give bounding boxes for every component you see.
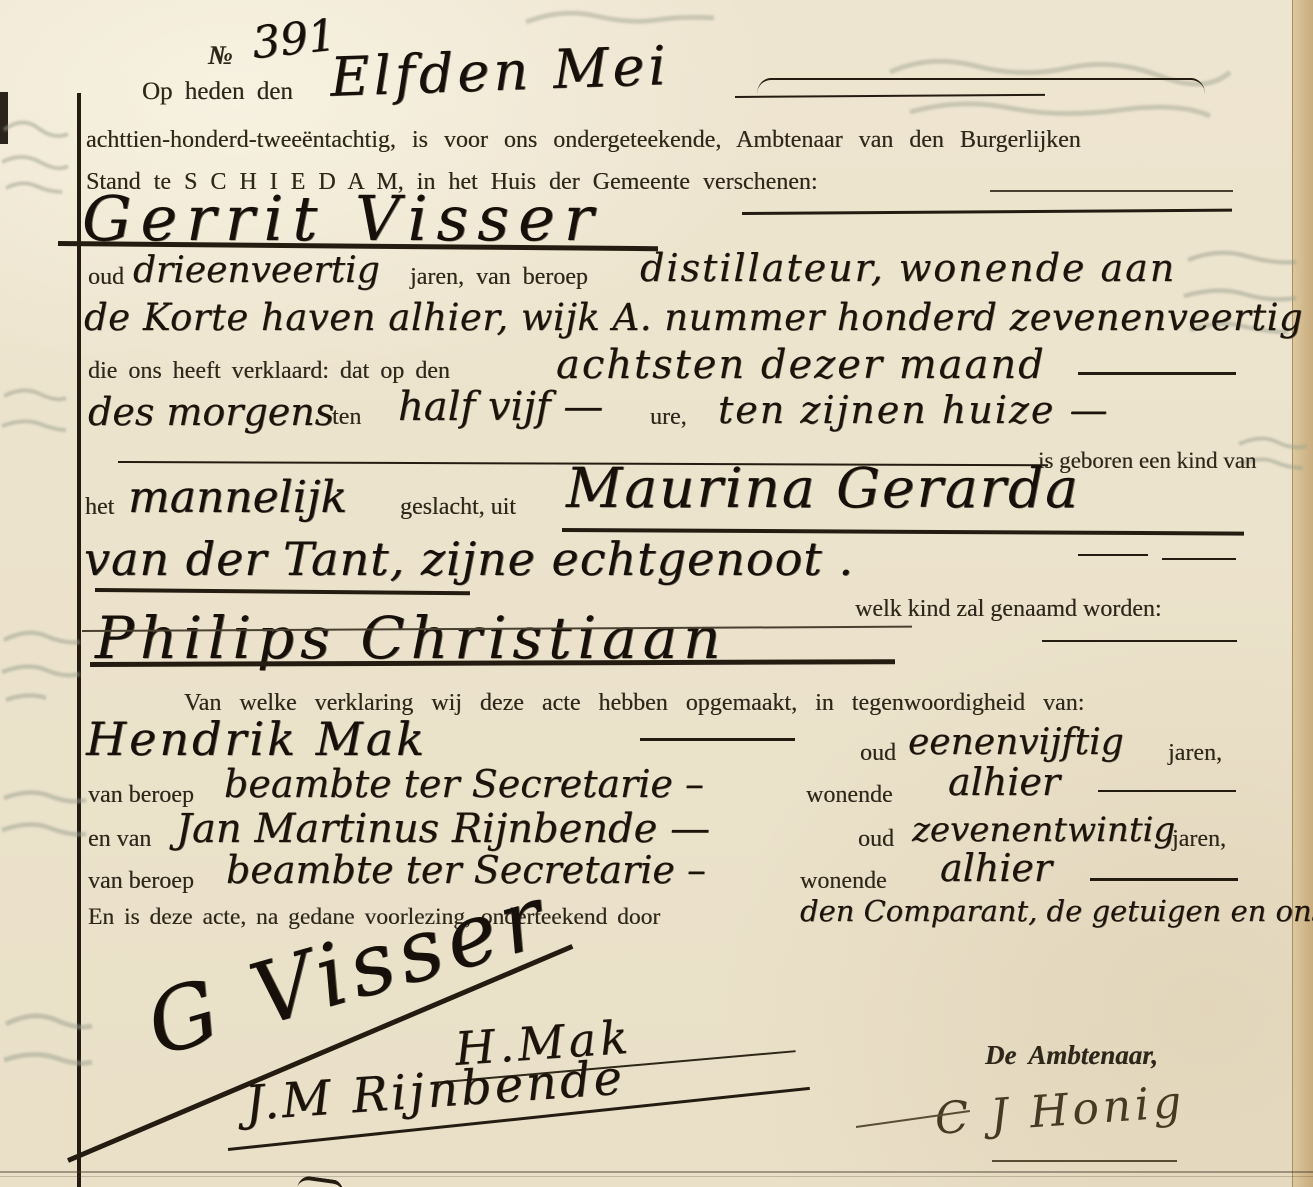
ten-label: ten: [332, 404, 361, 431]
opening-label: Op heden den: [142, 78, 293, 106]
gender: mannelijk: [128, 472, 347, 523]
declarant-dash-rule: [742, 209, 1232, 215]
geslacht-uit-label: geslacht, uit: [400, 494, 516, 521]
verklaard-label: die ons heeft verklaard: dat op den: [88, 358, 450, 385]
wonende-label: wonende: [806, 782, 893, 809]
birth-date: achtsten dezer maand: [556, 342, 1046, 388]
declarant-address: de Korte haven alhier, wijk A. nummer ho…: [84, 296, 1303, 339]
witness1-occupation: beambte ter Secretarie –: [224, 762, 704, 806]
time-of-day: des morgens: [88, 390, 334, 434]
official-title: De Ambtenaar,: [985, 1040, 1158, 1071]
bleed-through-artifact: [0, 782, 90, 857]
act-number-label: №: [208, 40, 233, 71]
mother-dash-rule: [1078, 554, 1148, 556]
witness1-residence-rule: [1098, 790, 1236, 792]
witness1-name: Hendrik Mak: [86, 712, 427, 766]
beroep2-label: van beroep: [88, 868, 194, 895]
witness1-age: eenenvijftig: [908, 722, 1124, 763]
beroep-label: van beroep: [88, 782, 194, 809]
year-line: achttien-honderd-tweeëntachtig, is voor …: [86, 127, 1081, 154]
birth-place: ten zijnen huize —: [718, 388, 1109, 432]
genaamd-label: welk kind zal genaamd worden:: [855, 596, 1162, 623]
witness1-residence: alhier: [948, 760, 1060, 804]
mother-name2-underline: [95, 588, 470, 595]
birth-certificate-scan: № 391 Op heden den Elfden Mei achttien-h…: [0, 0, 1313, 1187]
witness1-dash-rule: [640, 738, 795, 741]
date-flourish-rule: [757, 78, 1205, 95]
bleed-through-artifact: [0, 110, 72, 205]
ure-label: ure,: [650, 404, 687, 431]
birth-date-dash-rule: [1078, 372, 1236, 375]
page-edge-strip: [1292, 0, 1313, 1187]
official-signature-underline: [992, 1160, 1177, 1162]
date-handwritten: Elfden Mei: [329, 34, 671, 109]
witness1-oud-label: oud: [860, 740, 896, 767]
bleed-through-artifact: [0, 378, 70, 453]
bleed-through-artifact: [0, 1002, 95, 1087]
oud-label: oud: [88, 264, 124, 291]
en-van-label: en van: [88, 826, 151, 853]
child-name-dash-rule: [1042, 640, 1237, 642]
bleed-through-artifact: [0, 620, 85, 715]
mother-name: Maurina Gerarda: [566, 456, 1080, 520]
witness2-residence-rule: [1090, 878, 1238, 881]
closing-handwritten: den Comparant, de getuigen en ons: [800, 894, 1313, 928]
act-number-value: 391: [250, 10, 339, 69]
mother-dash-rule2: [1162, 558, 1236, 560]
declarant-age: drieenveertig: [133, 250, 380, 291]
het-label: het: [85, 494, 114, 521]
witness2-jaren-label: jaren,: [1172, 826, 1226, 853]
bottom-divider-rule: [0, 1171, 1313, 1173]
witness2-age: zevenentwintig: [912, 810, 1175, 850]
jaren-beroep-label: jaren, van beroep: [410, 264, 588, 291]
stand-fill-rule: [990, 190, 1233, 192]
wonende2-label: wonende: [800, 868, 887, 895]
mother-name-continued: van der Tant, zijne echtgenoot .: [84, 532, 854, 586]
witness2-name: Jan Martinus Rijnbende —: [176, 806, 710, 852]
witness2-residence: alhier: [940, 846, 1052, 890]
bottom-divider-rule2: [0, 1176, 1313, 1177]
official-signature: C J Honig: [933, 1077, 1187, 1145]
witness1-jaren-label: jaren,: [1168, 740, 1222, 767]
witness2-oud-label: oud: [858, 826, 894, 853]
birth-time: half vijf —: [398, 384, 603, 430]
declarant-occupation: distillateur, wonende aan: [640, 246, 1176, 290]
